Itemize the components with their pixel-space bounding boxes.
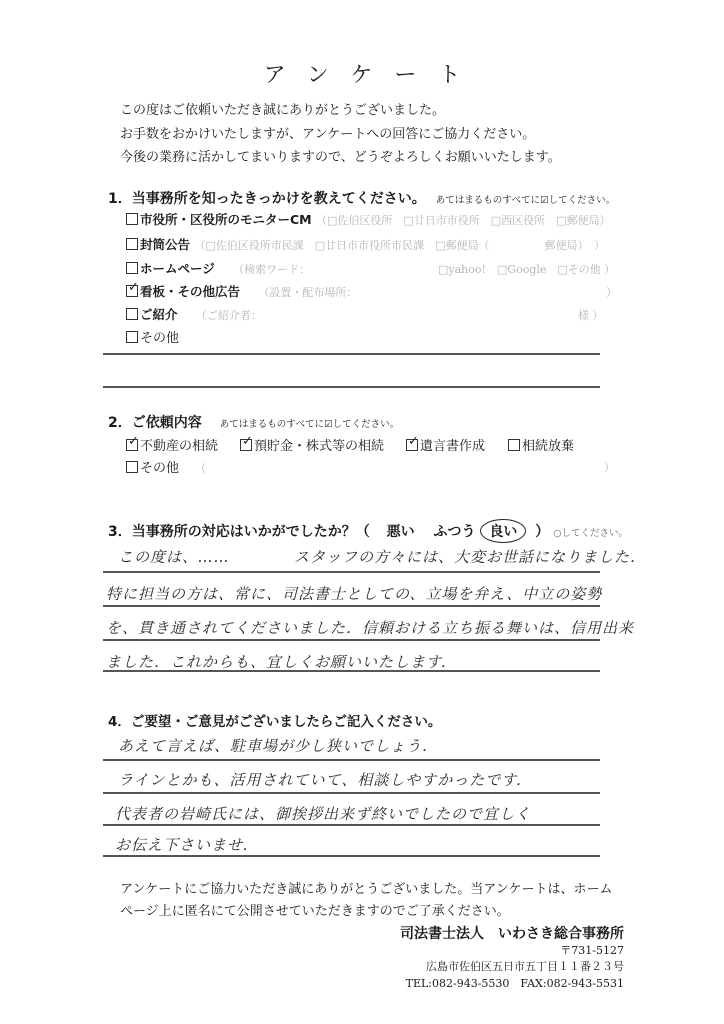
rating-good-selected[interactable]: 良い xyxy=(480,519,526,543)
q1-option-other[interactable]: その他 xyxy=(126,327,179,346)
option-label: 相続放棄 xyxy=(522,439,574,454)
checkbox[interactable] xyxy=(126,238,138,250)
q1-option-referral[interactable]: ご紹介 （ご紹介者： xyxy=(126,305,262,323)
q3-answer-line-2: 特に担当の方は、常に、司法書士としての、立場を弁え、中立の姿勢 xyxy=(106,583,602,604)
option-label: 市役所・区役所のモニターCM xyxy=(140,212,312,227)
option-detail: （検索ワード： xyxy=(233,263,310,276)
checkbox-checked[interactable] xyxy=(126,439,138,451)
q3-answer-line-1: この度は、…… スタッフの方々には、大変お世話になりました． xyxy=(118,546,646,567)
q2-option-real-estate[interactable]: 不動産の相続 xyxy=(126,435,218,454)
checkbox[interactable] xyxy=(126,262,138,274)
q4-answer-line-3: 代表者の岩崎氏には、御挨拶出来ず終いでしたので宜しく xyxy=(115,803,531,824)
option-label: 不動産の相続 xyxy=(140,439,218,454)
q2-note: あてはまるものすべてに☑してください。 xyxy=(220,419,399,430)
intro-line-3: 今後の業務に活かしてまいりますので、どうぞよろしくお願いいたします。 xyxy=(120,146,561,165)
q2-heading: 2．ご依頼内容あてはまるものすべてに☑してください。 xyxy=(108,412,399,432)
q4-write-line-1 xyxy=(103,759,600,761)
q3-answer-line-3: を、貫き通されてくださいました．信頼おける立ち振る舞いは、信用出来 xyxy=(106,617,634,638)
q2-option-will[interactable]: 遺言書作成 xyxy=(406,435,485,454)
q3-write-line-1 xyxy=(103,571,600,573)
option-label: ホームページ xyxy=(140,261,215,276)
q2-other-close: ） xyxy=(604,459,615,475)
intro-line-2: お手数をおかけいたしますが、アンケートへの回答にご協力ください。 xyxy=(120,123,535,142)
option-label: 封筒公告 xyxy=(140,237,190,252)
q1-referral-close: 様 ） xyxy=(578,307,604,323)
checkbox[interactable] xyxy=(126,331,138,343)
q3-write-line-2 xyxy=(103,605,600,607)
option-label: その他 xyxy=(140,461,179,476)
q3-heading-text: 3．当事務所の対応はいかがでしたか？（ xyxy=(108,524,370,540)
q2-option-other[interactable]: その他 （ xyxy=(126,457,206,476)
q4-write-line-2 xyxy=(103,792,600,794)
q1-option-homepage[interactable]: ホームページ （検索ワード： xyxy=(126,259,310,277)
option-detail: （設置・配布場所： xyxy=(258,286,357,299)
address: 広島市佐伯区五日市五丁目１１番２３号 xyxy=(426,958,624,974)
q3-close-paren: ） xyxy=(535,524,549,540)
q1-heading-text: 1．当事務所を知ったきっかけを教えてください。 xyxy=(108,191,426,207)
footer-line-1: アンケートにご協力いただき誠にありがとうございました。当アンケートは、ホーム xyxy=(120,878,612,897)
q3-heading: 3．当事務所の対応はいかがでしたか？（ 悪い ふつう 良い ）○してください。 xyxy=(108,519,628,543)
option-detail: （□佐伯区役所 □廿日市市役所 □西区役所 □郵便局） xyxy=(316,214,611,227)
q2-option-deposits-stocks[interactable]: 預貯金・株式等の相続 xyxy=(240,435,384,454)
q4-write-line-3 xyxy=(103,824,600,826)
q2-heading-text: 2．ご依頼内容 xyxy=(108,415,202,431)
q4-write-line-4 xyxy=(103,855,600,857)
q3-write-line-4 xyxy=(103,670,600,672)
q4-answer-line-4: お伝え下さいませ． xyxy=(115,834,259,855)
option-label: その他 xyxy=(140,331,179,346)
q1-search-engine-options: □yahoo! □Google □その他 ） xyxy=(438,261,615,277)
checkbox-checked[interactable] xyxy=(240,439,252,451)
q4-heading: 4．ご要望・ご意見がございましたらご記入ください。 xyxy=(108,710,441,730)
q1-write-line-1 xyxy=(103,353,600,355)
q1-write-line-2 xyxy=(103,386,600,388)
option-detail: （□佐伯区役所市民課 □廿日市市役所市民課 □郵便局（ 郵便局） ） xyxy=(194,239,605,252)
rating-bad[interactable]: 悪い xyxy=(387,524,415,540)
q3-write-line-3 xyxy=(103,639,600,641)
option-detail: （ご紹介者： xyxy=(196,309,262,322)
q1-option-signboard[interactable]: 看板・その他広告 （設置・配布場所： xyxy=(126,282,357,300)
option-label: 遺言書作成 xyxy=(420,439,485,454)
checkbox-checked[interactable] xyxy=(126,285,138,297)
q1-option-envelope-ad[interactable]: 封筒公告 （□佐伯区役所市民課 □廿日市市役所市民課 □郵便局（ 郵便局） ） xyxy=(126,235,605,253)
q1-note: あてはまるものすべてに☑してください。 xyxy=(436,195,615,206)
page-title: アンケート xyxy=(0,58,724,89)
q3-answer-line-4: ました．これからも、宜しくお願いいたします． xyxy=(106,651,457,672)
checkbox-checked[interactable] xyxy=(406,439,418,451)
contact-numbers: TEL:082-943-5530 FAX:082-943-5531 xyxy=(406,975,624,991)
q4-answer-line-1: あえて言えば、駐車場が少し狭いでしょう． xyxy=(118,735,438,756)
q2-option-renunciation[interactable]: 相続放棄 xyxy=(508,435,574,454)
checkbox[interactable] xyxy=(508,439,520,451)
q4-answer-line-2: ラインとかも、活用されていて、相談しやすかったです． xyxy=(118,769,532,790)
option-detail: （ xyxy=(195,462,206,475)
q1-option-city-cm[interactable]: 市役所・区役所のモニターCM （□佐伯区役所 □廿日市市役所 □西区役所 □郵便… xyxy=(126,210,611,228)
checkbox[interactable] xyxy=(126,461,138,473)
option-label: 預貯金・株式等の相続 xyxy=(254,439,384,454)
q3-note: ○してください。 xyxy=(553,528,628,539)
q1-signboard-close: ） xyxy=(606,284,617,300)
postal-code: 〒731-5127 xyxy=(560,942,624,958)
checkbox[interactable] xyxy=(126,213,138,225)
option-label: 看板・その他広告 xyxy=(140,284,240,299)
checkbox[interactable] xyxy=(126,308,138,320)
q1-heading: 1．当事務所を知ったきっかけを教えてください。あてはまるものすべてに☑してくださ… xyxy=(108,188,615,208)
intro-line-1: この度はご依頼いただき誠にありがとうございました。 xyxy=(120,99,445,118)
footer-line-2: ページ上に匿名にて公開させていただきますのでご了承ください。 xyxy=(120,900,510,919)
option-label: ご紹介 xyxy=(140,307,178,322)
company-name: 司法書士法人 いわさき総合事務所 xyxy=(400,923,624,943)
rating-normal[interactable]: ふつう xyxy=(434,524,476,540)
